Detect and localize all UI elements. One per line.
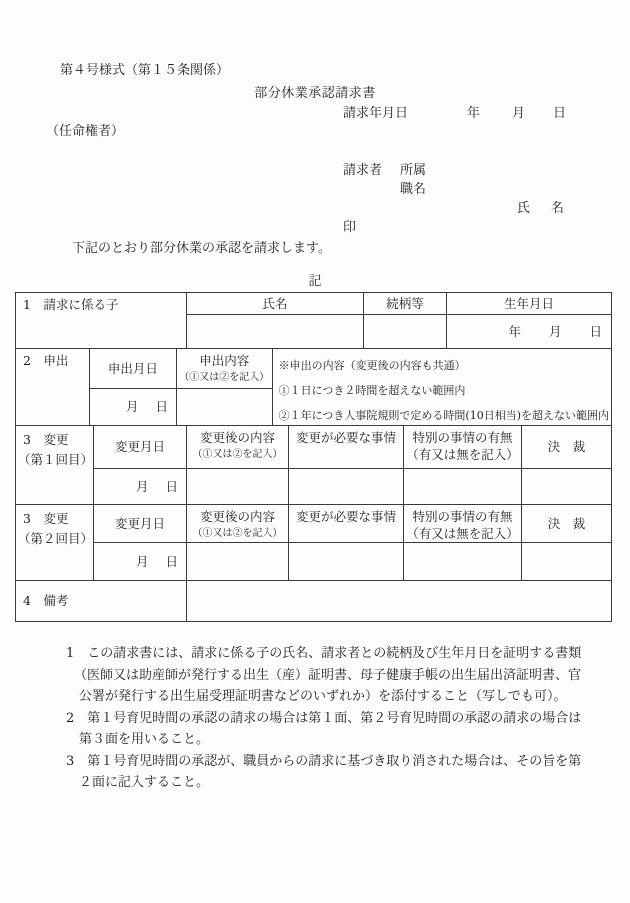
child-name-input-cell	[187, 315, 363, 348]
change2-date-header: 変更月日	[94, 505, 186, 543]
change1-reason-column: 変更が必要な事情	[289, 426, 404, 504]
change2-date-input-cell: 月日	[94, 543, 186, 580]
change1-reason-input-cell	[289, 469, 403, 504]
change2-reason-input-cell	[289, 543, 403, 580]
content-header-note: （①又は②を記入）	[187, 526, 288, 542]
year-label: 年	[508, 324, 521, 340]
declaration-text: 下記のとおり部分休業の承認を請求します。	[72, 241, 331, 257]
change1-row-label: 3 変更 （第１回目）	[16, 426, 94, 504]
change2-label-line1: 3 変更	[23, 509, 91, 529]
change1-date-header: 変更月日	[94, 426, 186, 469]
change1-special-header: 特別の事情の有無 （有又は無を記入）	[404, 426, 521, 469]
note-3-line-1: 3 第１号育児時間の承認が、職員からの請求に基づき取り消された場合は、その旨を第	[66, 751, 581, 773]
reason-header-text: 変更が必要な事情	[289, 429, 403, 447]
change2-row-label: 3 変更 （第２回目）	[16, 505, 94, 580]
change1-label-line2: （第１回目）	[18, 450, 91, 470]
application-row-label: 2 申出	[16, 349, 90, 425]
day-label: 日	[165, 554, 178, 570]
note-2-line-1: 2 第１号育児時間の承認の請求の場合は第１面、第２号育児時間の承認の請求の場合は	[66, 708, 581, 730]
note-1-line-3: 公署が発行する出生届受理証明書などのいずれか）を添付すること（写しでも可）。	[66, 686, 581, 708]
change2-special-input-cell	[404, 543, 521, 580]
change2-reason-column: 変更が必要な事情	[289, 505, 404, 580]
change1-reason-header: 変更が必要な事情	[289, 426, 403, 469]
change1-content-column: 変更後の内容 （①又は②を記入）	[187, 426, 289, 504]
change1-special-column: 特別の事情の有無 （有又は無を記入）	[404, 426, 522, 504]
change1-label-line1: 3 変更	[23, 430, 91, 450]
month-label: 月	[512, 106, 525, 121]
application-date-input-cell: 月日	[90, 389, 176, 425]
child-row-label: 1 請求に係る子	[16, 293, 187, 348]
affiliation-label: 所属	[400, 163, 426, 178]
change2-special-header: 特別の事情の有無 （有又は無を記入）	[404, 505, 521, 543]
change1-content-input-cell	[187, 469, 288, 504]
content-header-text: 申出内容	[177, 352, 272, 370]
row-change-2: 3 変更 （第２回目） 変更月日 月日 変更後の内容 （①又は②を記入） 変更が…	[16, 505, 611, 581]
application-date-column: 申出月日 月日	[90, 349, 177, 425]
change2-special-column: 特別の事情の有無 （有又は無を記入）	[404, 505, 522, 580]
child-name-column: 氏名	[187, 293, 364, 348]
remarks-row-label: 4 備考	[16, 581, 187, 621]
change2-approval-header: 決 裁	[522, 505, 611, 543]
name-char-2: 名	[551, 201, 564, 216]
note-1-line-2: （医師又は助産師が発行する出生（産）証明書、母子健康手帳の出生届出済証明書、官	[66, 665, 581, 687]
content-header-note: （①又は②を記入）	[177, 370, 272, 386]
month-label: 月	[126, 399, 139, 415]
application-content-column: 申出内容 （①又は②を記入）	[177, 349, 273, 425]
row-change-1: 3 変更 （第１回目） 変更月日 月日 変更後の内容 （①又は②を記入） 変更が…	[16, 426, 611, 505]
child-name-header: 氏名	[187, 293, 363, 315]
name-label: 氏名	[517, 201, 564, 217]
remarks-input-cell	[187, 581, 611, 621]
special-header-note: （有又は無を記入）	[404, 447, 521, 463]
change2-content-column: 変更後の内容 （①又は②を記入）	[187, 505, 289, 580]
change1-date-column: 変更月日 月日	[94, 426, 187, 504]
change2-date-column: 変更月日 月日	[94, 505, 187, 580]
change2-content-header: 変更後の内容 （①又は②を記入）	[187, 505, 288, 543]
change2-content-input-cell	[187, 543, 288, 580]
change1-approval-column: 決 裁	[522, 426, 611, 504]
month-label: 月	[549, 324, 562, 340]
seal-label: 印	[343, 220, 356, 236]
legend-line-1: ※申出の内容（変更後の内容も共通）	[279, 353, 609, 378]
legend-line-2: ①１日につき２時間を超えない範囲内	[279, 378, 609, 403]
request-date-label: 請求年月日	[343, 106, 408, 121]
change2-label-line2: （第２回目）	[18, 529, 91, 549]
application-content-input-cell	[177, 389, 272, 425]
change1-approval-input-cell	[522, 469, 611, 504]
month-label: 月	[136, 479, 149, 495]
child-birthdate-header: 生年月日	[447, 293, 611, 315]
day-label: 日	[589, 324, 602, 340]
requester-line: 請求者所属	[343, 163, 426, 179]
application-date-header: 申出月日	[90, 349, 176, 389]
change2-approval-column: 決 裁	[522, 505, 611, 580]
special-header-note: （有又は無を記入）	[404, 526, 521, 542]
application-content-header: 申出内容 （①又は②を記入）	[177, 349, 272, 389]
change1-approval-header: 決 裁	[522, 426, 611, 469]
reason-header-text: 変更が必要な事情	[289, 508, 403, 526]
day-label: 日	[155, 399, 168, 415]
change2-approval-input-cell	[522, 543, 611, 580]
note-2-line-2: 第３面を用いること。	[66, 729, 581, 751]
notes-section: 1 この請求書には、請求に係る子の氏名、請求者との続柄及び生年月日を証明する書類…	[66, 643, 581, 794]
record-mark: 記	[0, 274, 630, 290]
day-label: 日	[165, 479, 178, 495]
child-relationship-input-cell	[364, 315, 446, 348]
form-number: 第４号様式（第１５条関係）	[60, 63, 229, 79]
position-label: 職名	[400, 182, 426, 198]
year-label: 年	[467, 106, 480, 121]
appointing-authority-label: （任命権者）	[46, 124, 124, 140]
row-application: 2 申出 申出月日 月日 申出内容 （①又は②を記入） ※申出の内容（変更後の内…	[16, 349, 611, 426]
row-remarks: 4 備考	[16, 581, 611, 621]
requester-label: 請求者	[343, 163, 382, 178]
page-title: 部分休業承認請求書	[0, 86, 630, 102]
change1-date-input-cell: 月日	[94, 469, 186, 504]
child-relationship-column: 続柄等	[364, 293, 447, 348]
change1-special-input-cell	[404, 469, 521, 504]
content-header-text: 変更後の内容	[187, 508, 288, 526]
month-label: 月	[136, 554, 149, 570]
day-label: 日	[553, 106, 566, 121]
child-birthdate-column: 生年月日 年月日	[447, 293, 611, 348]
row-child: 1 請求に係る子 氏名 続柄等 生年月日 年月日	[16, 293, 611, 349]
note-1-line-1: 1 この請求書には、請求に係る子の氏名、請求者との続柄及び生年月日を証明する書類	[66, 643, 581, 665]
request-date-line: 請求年月日年月日	[343, 106, 566, 122]
note-3-line-2: ２面に記入すること。	[66, 772, 581, 794]
request-form-table: 1 請求に係る子 氏名 続柄等 生年月日 年月日 2 申出 申出月日 月日 申出…	[15, 292, 612, 622]
child-relationship-header: 続柄等	[364, 293, 446, 315]
application-legend-cell: ※申出の内容（変更後の内容も共通） ①１日につき２時間を超えない範囲内 ②１年に…	[273, 349, 611, 425]
change2-reason-header: 変更が必要な事情	[289, 505, 403, 543]
name-char-1: 氏	[517, 201, 530, 216]
child-birthdate-input-cell: 年月日	[447, 315, 611, 348]
content-header-text: 変更後の内容	[187, 429, 288, 447]
special-header-text: 特別の事情の有無	[404, 508, 521, 526]
legend-line-3: ②１年につき人事院規則で定める時間(10日相当)を超えない範囲内	[279, 403, 609, 428]
change1-content-header: 変更後の内容 （①又は②を記入）	[187, 426, 288, 469]
content-header-note: （①又は②を記入）	[187, 447, 288, 463]
special-header-text: 特別の事情の有無	[404, 429, 521, 447]
